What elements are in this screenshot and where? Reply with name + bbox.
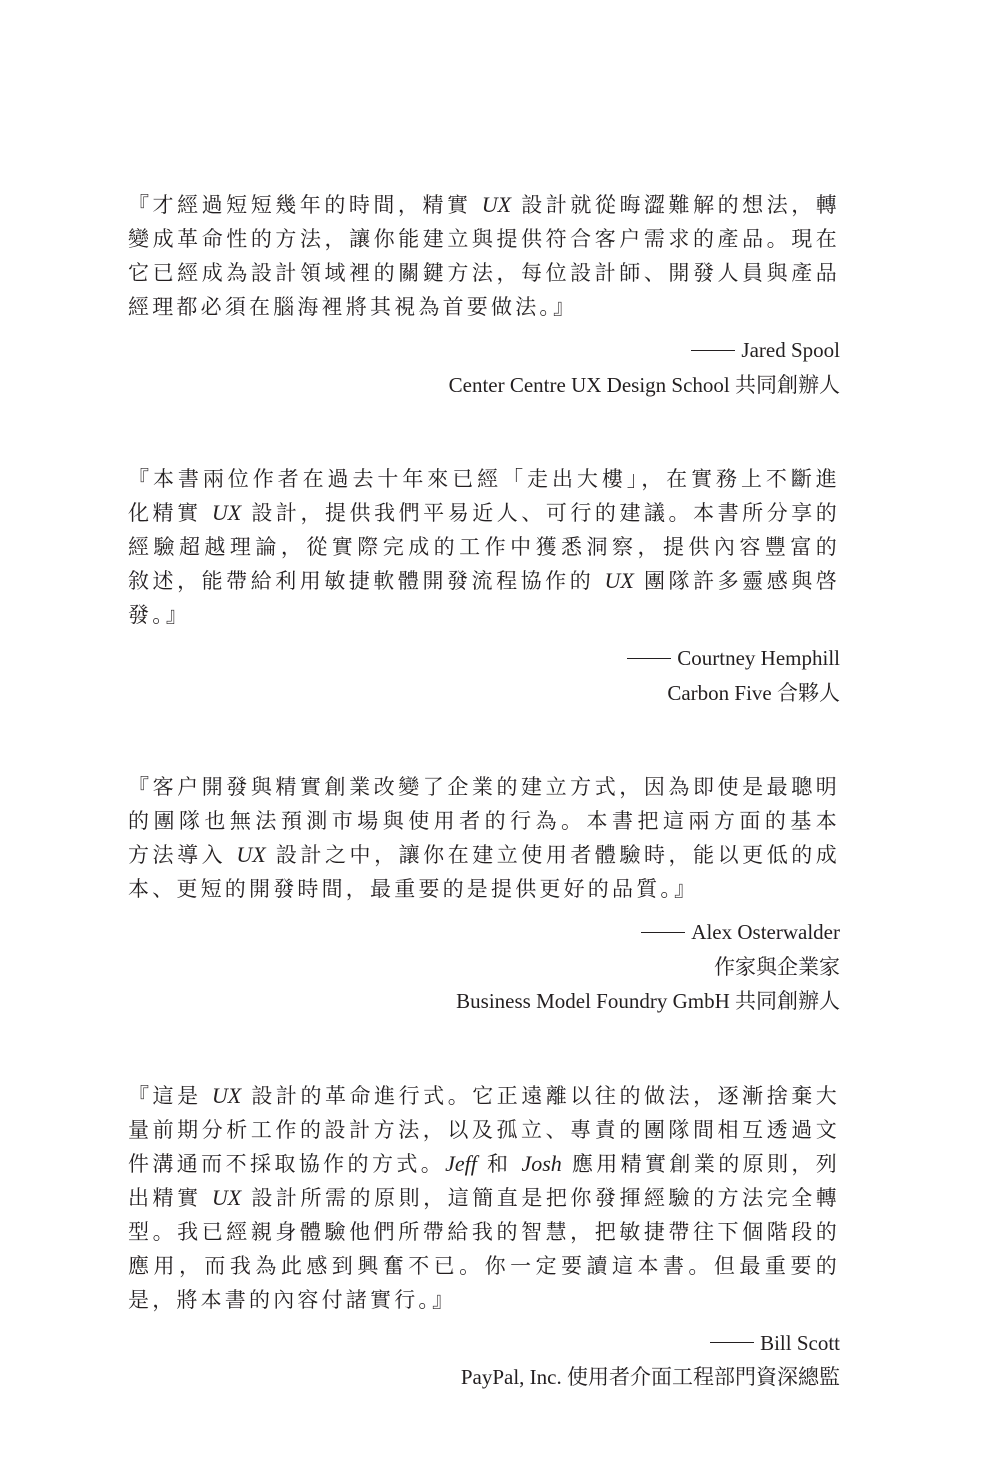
- quote-line: 應用，而我為此感到興奮不已。你一定要讀這本書。但最重要的: [128, 1249, 840, 1283]
- quote-text-segment: 團隊許多靈感與啓: [634, 569, 840, 593]
- author-name: Jared Spool: [741, 338, 840, 362]
- section-spacer: [128, 402, 840, 462]
- testimonial: 『這是 UX 設計的革命進行式。它正遠離以往的做法，逐漸捨棄大量前期分析工作的設…: [128, 1079, 840, 1395]
- attribution-gap: [128, 632, 840, 641]
- attribution-gap: [128, 1317, 840, 1326]
- testimonial-quote: 『本書兩位作者在過去十年來已經「走出大樓」，在實務上不斷進化精實 UX 設計，提…: [128, 462, 840, 632]
- quote-text-segment: 型。我已經親身體驗他們所帶給我的智慧，把敏捷帶往下個階段的: [128, 1220, 840, 1244]
- testimonial-author: Courtney Hemphill: [128, 641, 840, 676]
- attribution-gap: [128, 324, 840, 333]
- quote-line: 型。我已經親身體驗他們所帶給我的智慧，把敏捷帶往下個階段的: [128, 1215, 840, 1249]
- testimonial: 『本書兩位作者在過去十年來已經「走出大樓」，在實務上不斷進化精實 UX 設計，提…: [128, 462, 840, 710]
- quote-latin-term: Jeff: [445, 1151, 477, 1176]
- quote-text-segment: 經理都必須在腦海裡將其視為首要做法。』: [128, 295, 577, 319]
- quote-line: 是，將本書的內容付諸實行。』: [128, 1283, 840, 1317]
- quote-text-segment: 『這是: [128, 1084, 212, 1108]
- testimonial: 『才經過短短幾年的時間，精實 UX 設計就從晦澀難解的想法，轉變成革命性的方法，…: [128, 188, 840, 402]
- quote-line: 發。』: [128, 598, 840, 632]
- quote-text-segment: 設計所需的原則，這簡直是把你發揮經驗的方法完全轉: [241, 1186, 840, 1210]
- quote-latin-term: UX: [482, 192, 511, 217]
- quote-line: 『這是 UX 設計的革命進行式。它正遠離以往的做法，逐漸捨棄大: [128, 1079, 840, 1113]
- quote-line: 敘述，能帶給利用敏捷軟體開發流程協作的 UX 團隊許多靈感與啓: [128, 564, 840, 598]
- quote-line: 變成革命性的方法，讓你能建立與提供符合客户需求的產品。現在: [128, 222, 840, 256]
- quote-text-segment: 『本書兩位作者在過去十年來已經「走出大樓」，在實務上不斷進: [128, 467, 840, 491]
- author-name: Alex Osterwalder: [691, 920, 840, 944]
- testimonial-author: Bill Scott: [128, 1326, 840, 1361]
- testimonial-author: Jared Spool: [128, 333, 840, 368]
- section-spacer: [128, 1019, 840, 1079]
- quote-line: 『本書兩位作者在過去十年來已經「走出大樓」，在實務上不斷進: [128, 462, 840, 496]
- quote-text-segment: 方法導入: [128, 843, 236, 867]
- em-dash-rule: [627, 658, 671, 659]
- author-title: Center Centre UX Design School 共同創辦人: [128, 368, 840, 403]
- em-dash-rule: [710, 1342, 754, 1343]
- testimonial-quote: 『才經過短短幾年的時間，精實 UX 設計就從晦澀難解的想法，轉變成革命性的方法，…: [128, 188, 840, 324]
- author-title: Business Model Foundry GmbH 共同創辦人: [128, 984, 840, 1019]
- author-name: Bill Scott: [760, 1331, 840, 1355]
- quote-line: 它已經成為設計領域裡的關鍵方法，每位設計師、開發人員與產品: [128, 256, 840, 290]
- quote-latin-term: UX: [212, 1083, 241, 1108]
- quote-text-segment: 『才經過短短幾年的時間，精實: [128, 193, 482, 217]
- quote-text-segment: 發。』: [128, 603, 190, 627]
- testimonial: 『客户開發與精實創業改變了企業的建立方式，因為即使是最聰明的團隊也無法預測市場與…: [128, 770, 840, 1019]
- quote-line: 經驗超越理論，從實際完成的工作中獲悉洞察，提供內容豐富的: [128, 530, 840, 564]
- quote-text-segment: 化精實: [128, 501, 212, 525]
- quote-text-segment: 設計的革命進行式。它正遠離以往的做法，逐漸捨棄大: [241, 1084, 840, 1108]
- quote-text-segment: 量前期分析工作的設計方法，以及孤立、專責的團隊間相互透過文: [128, 1118, 840, 1142]
- quote-text-segment: 應用，而我為此感到興奮不已。你一定要讀這本書。但最重要的: [128, 1254, 840, 1278]
- quote-text-segment: 敘述，能帶給利用敏捷軟體開發流程協作的: [128, 569, 604, 593]
- em-dash-rule: [641, 932, 685, 933]
- em-dash-rule: [691, 350, 735, 351]
- quote-line: 出精實 UX 設計所需的原則，這簡直是把你發揮經驗的方法完全轉: [128, 1181, 840, 1215]
- quote-line: 方法導入 UX 設計之中，讓你在建立使用者體驗時，能以更低的成: [128, 838, 840, 872]
- testimonial-author: Alex Osterwalder: [128, 915, 840, 950]
- quote-line: 本、更短的開發時間，最重要的是提供更好的品質。』: [128, 872, 840, 906]
- quote-text-segment: 件溝通而不採取協作的方式。: [128, 1152, 445, 1176]
- quote-text-segment: 的團隊也無法預測市場與使用者的行為。本書把這兩方面的基本: [128, 809, 840, 833]
- author-name: Courtney Hemphill: [677, 646, 840, 670]
- quote-text-segment: 變成革命性的方法，讓你能建立與提供符合客户需求的產品。現在: [128, 227, 840, 251]
- quote-line: 件溝通而不採取協作的方式。Jeff 和 Josh 應用精實創業的原則，列: [128, 1147, 840, 1181]
- quote-text-segment: 經驗超越理論，從實際完成的工作中獲悉洞察，提供內容豐富的: [128, 535, 840, 559]
- author-title: PayPal, Inc. 使用者介面工程部門資深總監: [128, 1360, 840, 1395]
- attribution-gap: [128, 906, 840, 915]
- author-title: Carbon Five 合夥人: [128, 676, 840, 711]
- quote-line: 『客户開發與精實創業改變了企業的建立方式，因為即使是最聰明: [128, 770, 840, 804]
- section-spacer: [128, 710, 840, 770]
- quote-text-segment: 應用精實創業的原則，列: [562, 1152, 840, 1176]
- quote-latin-term: UX: [604, 568, 633, 593]
- quote-text-segment: 是，將本書的內容付諸實行。』: [128, 1288, 456, 1312]
- quote-text-segment: 設計，提供我們平易近人、可行的建議。本書所分享的: [241, 501, 840, 525]
- author-title: 作家與企業家: [128, 950, 840, 985]
- quote-line: 的團隊也無法預測市場與使用者的行為。本書把這兩方面的基本: [128, 804, 840, 838]
- testimonial-quote: 『客户開發與精實創業改變了企業的建立方式，因為即使是最聰明的團隊也無法預測市場與…: [128, 770, 840, 906]
- quote-latin-term: UX: [236, 842, 265, 867]
- testimonials-page: 『才經過短短幾年的時間，精實 UX 設計就從晦澀難解的想法，轉變成革命性的方法，…: [128, 188, 840, 1395]
- quote-line: 經理都必須在腦海裡將其視為首要做法。』: [128, 290, 840, 324]
- quote-text-segment: 本、更短的開發時間，最重要的是提供更好的品質。』: [128, 877, 698, 901]
- quote-text-segment: 『客户開發與精實創業改變了企業的建立方式，因為即使是最聰明: [128, 775, 840, 799]
- quote-text-segment: 它已經成為設計領域裡的關鍵方法，每位設計師、開發人員與產品: [128, 261, 840, 285]
- quote-latin-term: Josh: [521, 1151, 561, 1176]
- quote-latin-term: UX: [212, 1185, 241, 1210]
- quote-line: 化精實 UX 設計，提供我們平易近人、可行的建議。本書所分享的: [128, 496, 840, 530]
- quote-text-segment: 設計就從晦澀難解的想法，轉: [511, 193, 840, 217]
- quote-latin-term: UX: [212, 500, 241, 525]
- testimonial-quote: 『這是 UX 設計的革命進行式。它正遠離以往的做法，逐漸捨棄大量前期分析工作的設…: [128, 1079, 840, 1317]
- quote-line: 量前期分析工作的設計方法，以及孤立、專責的團隊間相互透過文: [128, 1113, 840, 1147]
- quote-line: 『才經過短短幾年的時間，精實 UX 設計就從晦澀難解的想法，轉: [128, 188, 840, 222]
- quote-text-segment: 出精實: [128, 1186, 212, 1210]
- quote-text-segment: 和: [477, 1152, 522, 1176]
- quote-text-segment: 設計之中，讓你在建立使用者體驗時，能以更低的成: [266, 843, 840, 867]
